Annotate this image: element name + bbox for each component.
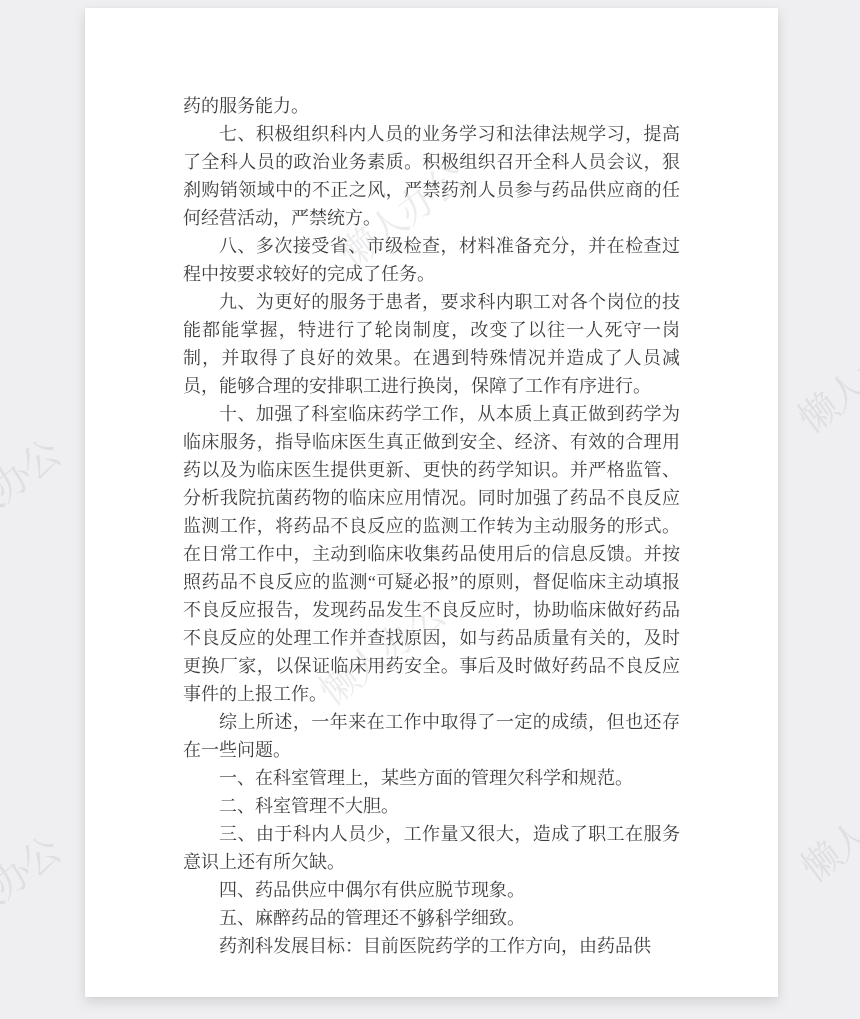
paragraph: 九、为更好的服务于患者，要求科内职工对各个岗位的技能都能掌握，特进行了轮岗制度，… <box>183 288 680 400</box>
paragraph: 一、在科室管理上，某些方面的管理欠科学和规范。 <box>183 764 680 792</box>
watermark-text: 懒人办公 <box>0 425 69 556</box>
paragraph: 综上所述，一年来在工作中取得了一定的成绩，但也还存在一些问题。 <box>183 708 680 764</box>
paragraph: 七、积极组织科内人员的业务学习和法律法规学习，提高了全科人员的政治业务素质。积极… <box>183 120 680 232</box>
paragraph: 药剂科发展目标：目前医院药学的工作方向，由药品供 <box>183 932 680 960</box>
paragraph: 十、加强了科室临床药学工作，从本质上真正做到药学为临床服务，指导临床医生真正做到… <box>183 400 680 708</box>
paragraph: 药的服务能力。 <box>183 92 680 120</box>
document-body: 药的服务能力。七、积极组织科内人员的业务学习和法律法规学习，提高了全科人员的政治… <box>183 92 680 960</box>
watermark-text: 懒人办公 <box>788 762 860 893</box>
paragraph: 三、由于科内人员少，工作量又很大，造成了职工在服务意识上还有所欠缺。 <box>183 820 680 876</box>
paragraph: 二、科室管理不大胆。 <box>183 792 680 820</box>
watermark-text: 懒人办公 <box>0 822 69 953</box>
watermark-text: 懒人办公 <box>785 313 860 444</box>
document-page: 药的服务能力。七、积极组织科内人员的业务学习和法律法规学习，提高了全科人员的政治… <box>85 8 778 997</box>
paragraph: 八、多次接受省、市级检查，材料准备充分，并在检查过程中按要求较好的完成了任务。 <box>183 232 680 288</box>
page-number: 2 / 3 <box>85 915 778 931</box>
paragraph: 四、药品供应中偶尔有供应脱节现象。 <box>183 876 680 904</box>
